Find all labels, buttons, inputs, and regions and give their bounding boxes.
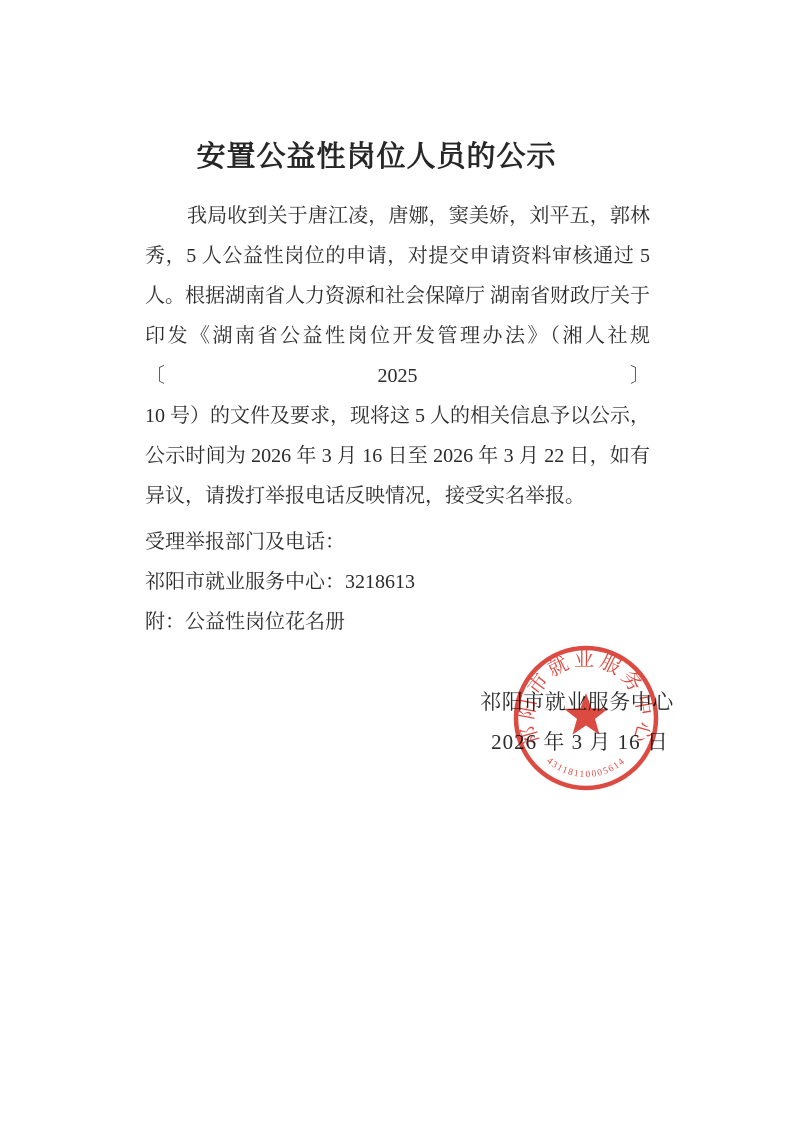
- official-seal: 祁阳市就业服务中心 43118110005614: [511, 643, 661, 793]
- seal-ring: [516, 648, 656, 788]
- paragraph-line: 公示时间为 2026 年 3 月 16 日至 2026 年 3 月 22 日，如…: [145, 436, 650, 476]
- page-title: 安置公益性岗位人员的公示: [124, 134, 629, 175]
- signature-date: 2026 年 3 月 16 日: [455, 726, 705, 756]
- contact-heading: 受理举报部门及电话：: [145, 522, 665, 562]
- paragraph-line: 印发《湖南省公益性岗位开发管理办法》（湘人社规〔2025〕: [145, 316, 650, 396]
- seal-code: 43118110005614: [544, 756, 627, 780]
- paragraph-line: 秀，5 人公益性岗位的申请，对提交申请资料审核通过 5: [145, 236, 650, 276]
- body-paragraph: 我局收到关于唐江凌，唐娜，窦美娇，刘平五，郭林 秀，5 人公益性岗位的申请，对提…: [145, 196, 650, 516]
- document-page: 安置公益性岗位人员的公示 我局收到关于唐江凌，唐娜，窦美娇，刘平五，郭林 秀，5…: [0, 0, 793, 1122]
- paragraph-line: 我局收到关于唐江凌，唐娜，窦美娇，刘平五，郭林: [145, 196, 650, 236]
- paragraph-line: 人。根据湖南省人力资源和社会保障厅 湖南省财政厅关于: [145, 276, 650, 316]
- contact-block: 受理举报部门及电话： 祁阳市就业服务中心：3218613 附：公益性岗位花名册: [145, 522, 665, 642]
- contact-phone-line: 祁阳市就业服务中心：3218613: [145, 562, 665, 602]
- attachment-note: 附：公益性岗位花名册: [145, 602, 665, 642]
- paragraph-line: 10 号）的文件及要求，现将这 5 人的相关信息予以公示，: [145, 396, 650, 436]
- signature-org: 祁阳市就业服务中心: [452, 686, 702, 716]
- paragraph-line: 异议，请拨打举报电话反映情况，接受实名举报。: [145, 476, 650, 516]
